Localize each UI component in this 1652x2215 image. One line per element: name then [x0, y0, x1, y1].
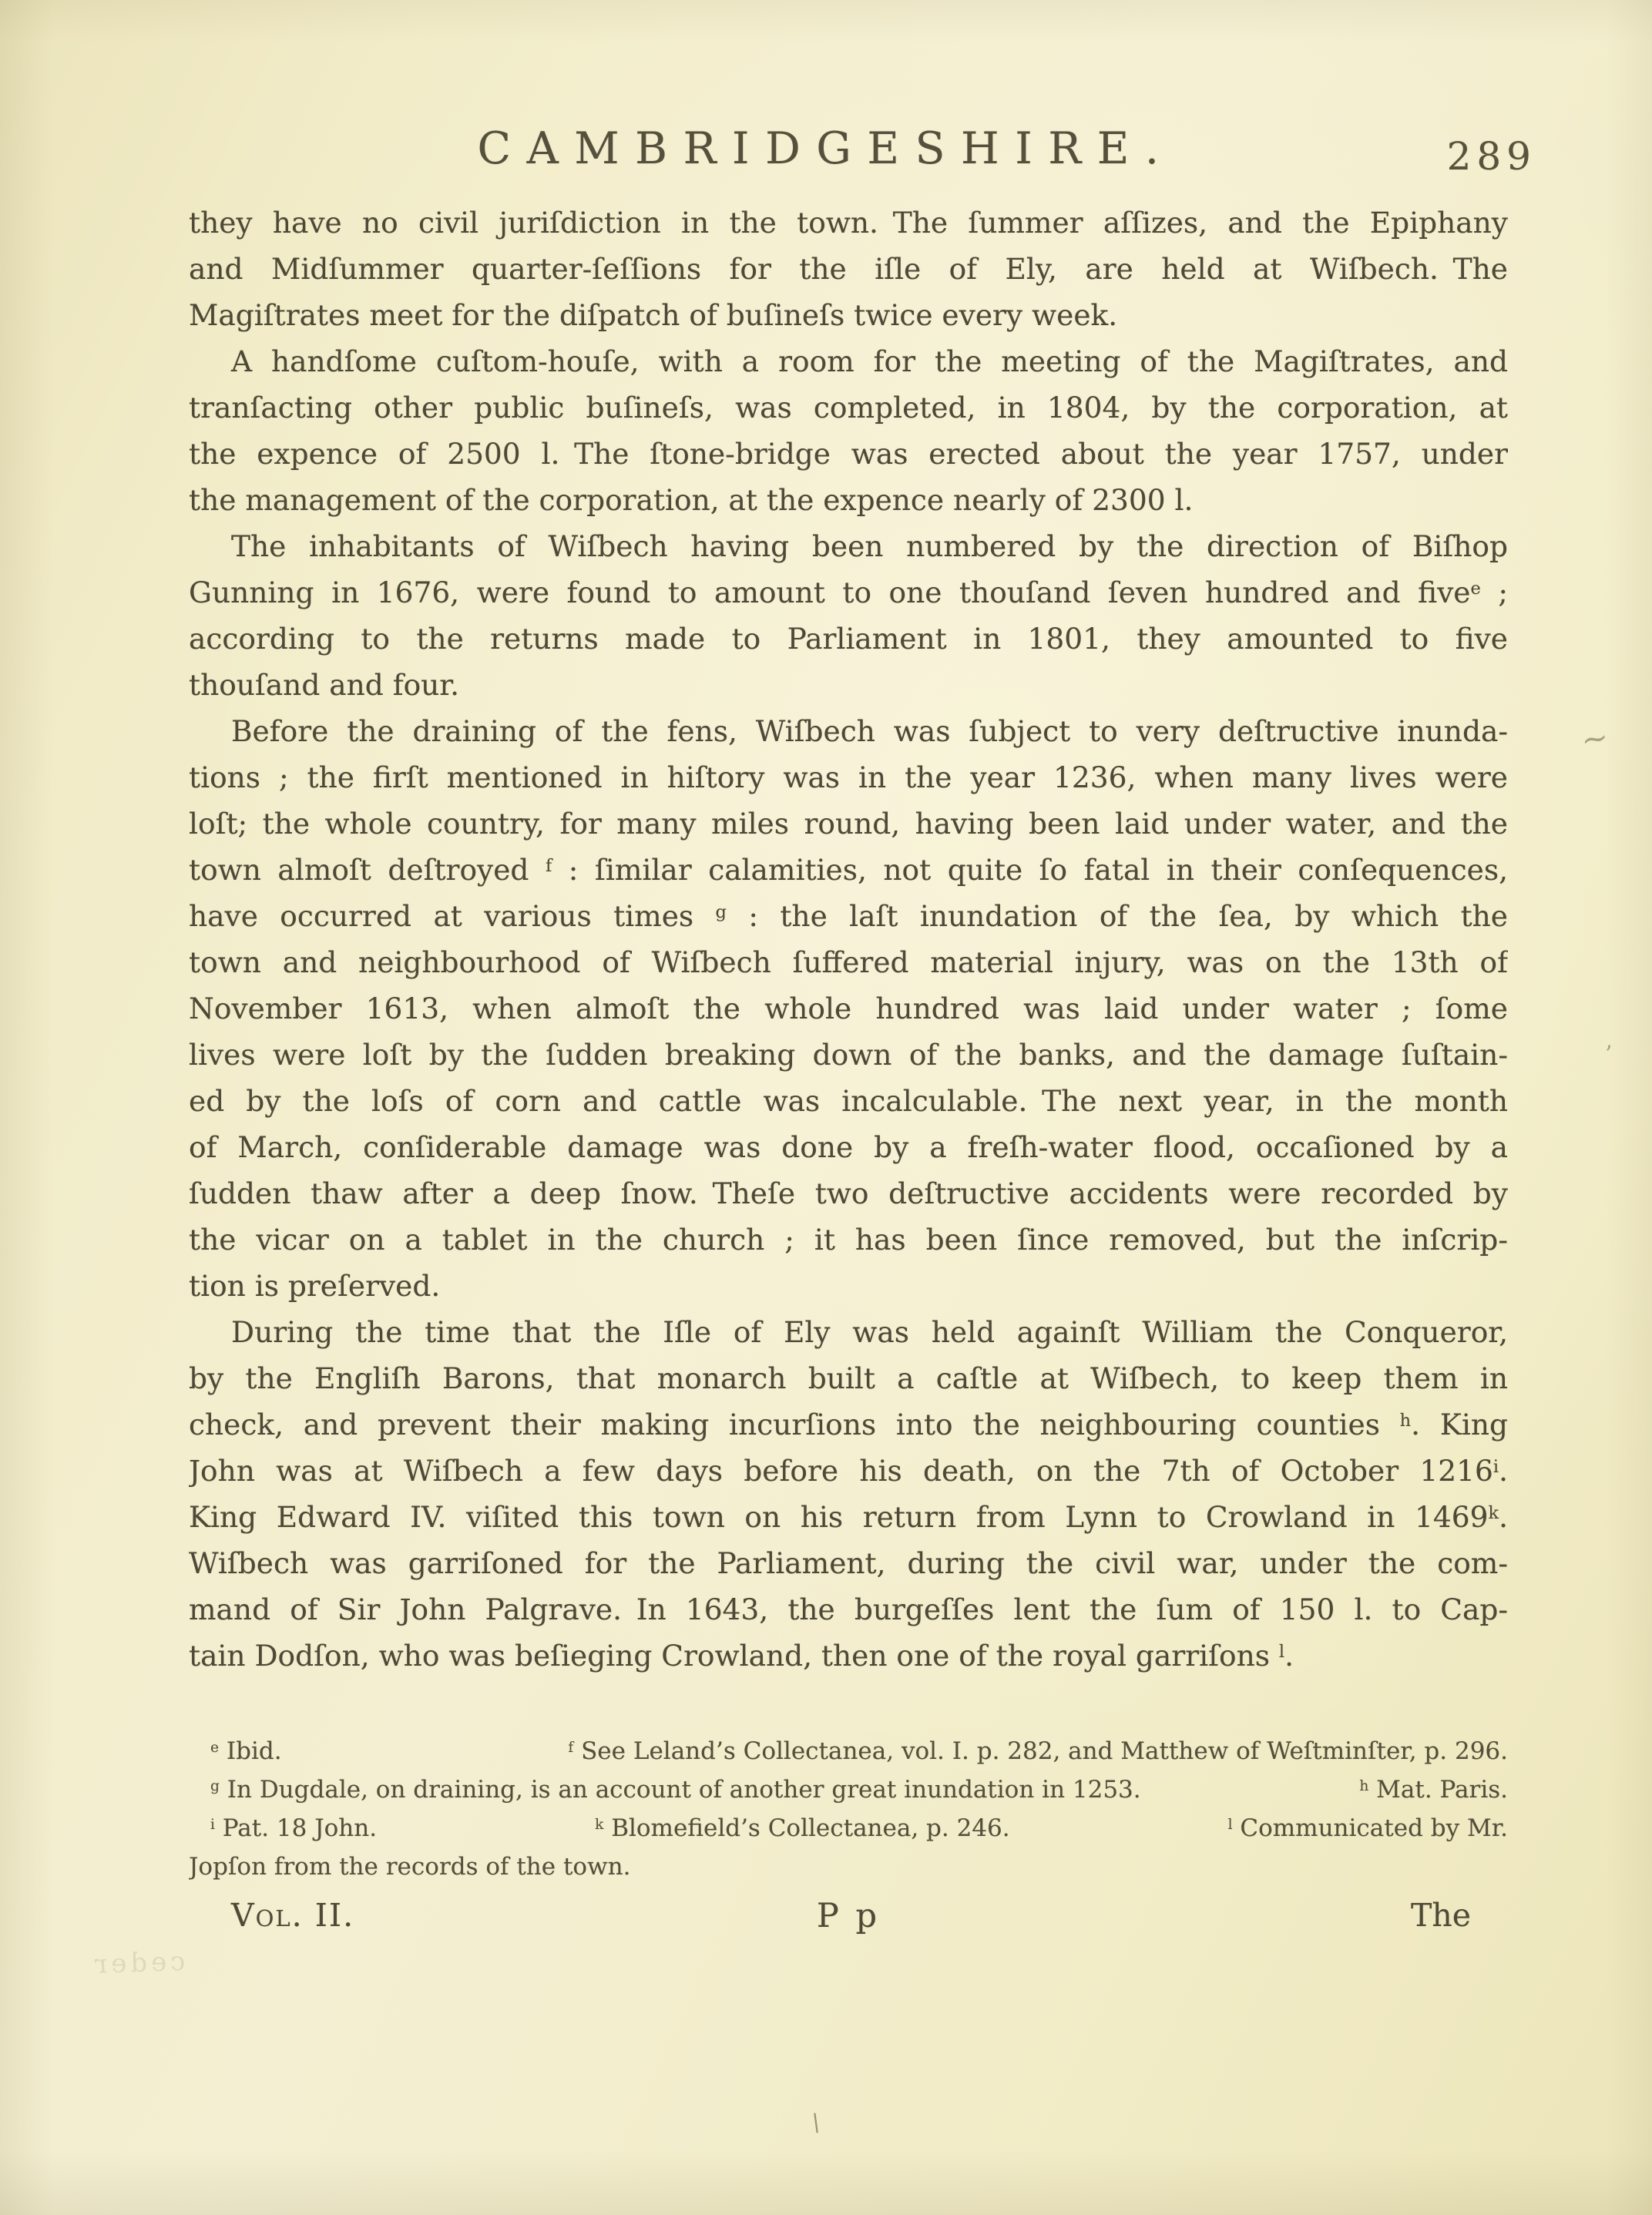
text-line: mand of Sir John Palgrave. In 1643, the …: [189, 1586, 1508, 1633]
text-line: according to the returns made to Parliam…: [189, 616, 1508, 662]
paragraph: they have no civil juriſdiction in the t…: [189, 200, 1508, 338]
text-line: tions ; the firſt mentioned in hiſtory w…: [189, 754, 1508, 800]
text-line: tain Dodſon, who was beſieging Crowland,…: [189, 1633, 1508, 1679]
text-line: Wiſbech was garriſoned for the Parliamen…: [189, 1540, 1508, 1586]
text-line: A handſome cuſtom-houſe, with a room for…: [189, 338, 1508, 384]
footnote-segment: h Mat. Paris.: [1359, 1770, 1508, 1809]
footnote-line: g In Dugdale, on draining, is an account…: [189, 1770, 1508, 1809]
footnote-line: Jopſon from the records of the town.: [189, 1848, 1508, 1886]
scan-artifact: ~: [1578, 717, 1611, 759]
paragraph: During the time that the Iſle of Ely was…: [189, 1309, 1508, 1679]
text-line: During the time that the Iſle of Ely was…: [189, 1309, 1508, 1355]
text-line: lives were loſt by the ſudden breaking d…: [189, 1032, 1508, 1078]
footnote-line: i Pat. 18 John. k Blomefield’s Collectan…: [189, 1809, 1508, 1848]
text-line: by the Engliſh Barons, that monarch buil…: [189, 1355, 1508, 1401]
page-number: 289: [1447, 134, 1536, 179]
footnotes: e Ibid. f See Leland’s Collectanea, vol.…: [189, 1732, 1508, 1886]
footnote-line: e Ibid. f See Leland’s Collectanea, vol.…: [189, 1732, 1508, 1770]
volume-label: Vol. II.: [231, 1897, 354, 1934]
text-line: and Midſummer quarter-ſeſſions for the i…: [189, 246, 1508, 292]
text-line: ſudden thaw after a deep ſnow. Theſe two…: [189, 1170, 1508, 1217]
catchword: The: [1411, 1897, 1471, 1934]
footnote-segment: f See Leland’s Collectanea, vol. I. p. 2…: [568, 1732, 1508, 1770]
text-line: of March, conſiderable damage was done b…: [189, 1124, 1508, 1170]
footnote-segment: i Pat. 18 John.: [210, 1809, 377, 1848]
footnote-segment: g In Dugdale, on draining, is an account…: [210, 1770, 1141, 1809]
book-page-scan: CAMBRIDGESHIRE. 289 they have no civil j…: [0, 0, 1652, 2215]
scan-artifact: ʼ: [1604, 1042, 1612, 1069]
footnote-segment: e Ibid.: [210, 1732, 282, 1770]
footnote-segment: Jopſon from the records of the town.: [189, 1848, 630, 1886]
text-line: Magiſtrates meet for the diſpatch of buſ…: [189, 292, 1508, 338]
paragraph: The inhabitants of Wiſbech having been n…: [189, 523, 1508, 708]
text-line: town almoſt deſtroyed f : ſimilar calami…: [189, 847, 1508, 893]
text-line: Gunning in 1676, were found to amount to…: [189, 569, 1508, 616]
text-line: November 1613, when almoſt the whole hun…: [189, 985, 1508, 1032]
text-line: the management of the corporation, at th…: [189, 477, 1508, 523]
running-header-title: CAMBRIDGESHIRE.: [0, 123, 1652, 174]
text-line: The inhabitants of Wiſbech having been n…: [189, 523, 1508, 569]
footnote-segment: k Blomefield’s Collectanea, p. 246.: [595, 1809, 1010, 1848]
text-line: Before the draining of the fens, Wiſbech…: [189, 708, 1508, 754]
page-footer: P p Vol. II. The: [189, 1897, 1508, 1951]
text-line: loſt; the whole country, for many miles …: [189, 800, 1508, 847]
text-line: check, and prevent their making incurſio…: [189, 1401, 1508, 1448]
text-line: tranſacting other public buſineſs, was c…: [189, 384, 1508, 431]
scan-artifact: \: [810, 2109, 822, 2136]
text-line: the expence of 2500 l. The ſtone-bridge …: [189, 431, 1508, 477]
body-text: they have no civil juriſdiction in the t…: [189, 200, 1508, 1679]
signature-mark: P p: [189, 1897, 1508, 1935]
footnote-segment: l Communicated by Mr.: [1228, 1809, 1508, 1848]
text-line: the vicar on a tablet in the church ; it…: [189, 1217, 1508, 1263]
text-line: tion is preſerved.: [189, 1263, 1508, 1309]
text-line: John was at Wiſbech a few days before hi…: [189, 1448, 1508, 1494]
text-line: ed by the loſs of corn and cattle was in…: [189, 1078, 1508, 1124]
paragraph: A handſome cuſtom-houſe, with a room for…: [189, 338, 1508, 523]
text-line: King Edward IV. viſited this town on his…: [189, 1494, 1508, 1540]
paragraph: Before the draining of the fens, Wiſbech…: [189, 708, 1508, 1309]
text-line: thouſand and four.: [189, 662, 1508, 708]
text-line: town and neighbourhood of Wiſbech ſuffer…: [189, 939, 1508, 985]
text-line: have occurred at various times g : the l…: [189, 893, 1508, 939]
scan-artifact-showthrough: ceder: [90, 1946, 186, 1980]
text-line: they have no civil juriſdiction in the t…: [189, 200, 1508, 246]
